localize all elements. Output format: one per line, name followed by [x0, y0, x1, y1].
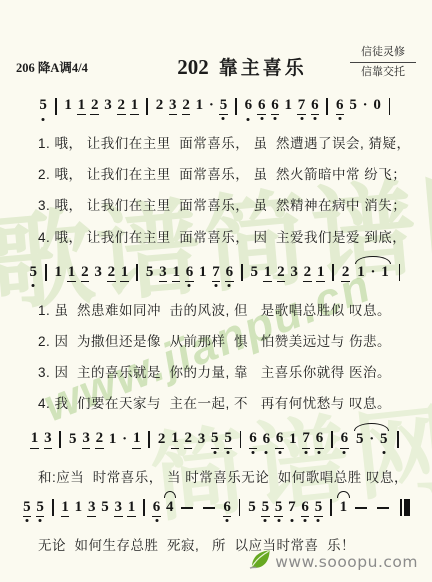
- jianpu-note: 1: [74, 499, 83, 516]
- jianpu-note: 3: [94, 264, 103, 281]
- jianpu-note: 5: [101, 499, 110, 516]
- jianpu-note: 6: [223, 499, 232, 517]
- jianpu-note: 1: [199, 264, 208, 281]
- jianpu-note: 2: [107, 264, 116, 282]
- jianpu-note: 5: [355, 431, 364, 448]
- jianpu-note: 1: [171, 430, 180, 448]
- jianpu-note: 5: [380, 431, 389, 448]
- jianpu-note: 3: [197, 431, 206, 448]
- jianpu-note: 6: [262, 431, 271, 448]
- jianpu-note: 1: [339, 499, 348, 516]
- category-labels: 信徒灵修 信靠交托: [350, 44, 416, 80]
- jianpu-note: 1: [108, 431, 117, 448]
- jianpu-music-line-4: 551135316465557651: [16, 496, 416, 520]
- note-group: 5·5: [353, 431, 390, 448]
- verse-4-line: 4. 哦， 让我们在主里 面常喜乐， 因 主爱我们是爱 到底，: [16, 230, 416, 246]
- jianpu-note: 6: [336, 97, 345, 115]
- verse-3-continuation: 3. 因 主的喜乐就是 你的力量, 靠 主喜乐你就得 医治。: [16, 365, 416, 381]
- jianpu-note: 5: [314, 499, 323, 517]
- barline: [136, 264, 138, 281]
- category-bottom: 信靠交托: [350, 63, 416, 81]
- barline: [45, 264, 47, 281]
- final-barline: [400, 499, 410, 516]
- jianpu-note: 2: [155, 97, 164, 114]
- verse-2-line: 2. 哦， 让我们在主里 面常喜乐， 虽 然火箭暗中常 纷飞；: [16, 167, 416, 183]
- key-time-signature: 降A调4/4: [38, 61, 88, 75]
- jianpu-note: 1: [127, 499, 136, 517]
- jianpu-note: 2: [157, 431, 166, 448]
- jianpu-note: 7: [302, 430, 311, 448]
- jianpu-note: 1: [54, 264, 63, 281]
- jianpu-note: 1: [357, 264, 366, 281]
- jianpu-note: 6: [244, 97, 253, 114]
- jianpu-note: 3: [44, 430, 53, 448]
- barline: [59, 431, 61, 448]
- jianpu-note: 6: [185, 264, 194, 282]
- jianpu-note: 1: [61, 499, 70, 517]
- jianpu-note: ·: [122, 431, 128, 448]
- jianpu-note: 5: [250, 264, 259, 281]
- jianpu-note: 1: [284, 97, 293, 114]
- barline: [235, 98, 237, 115]
- jianpu-note: 2: [341, 264, 350, 282]
- verse-1-line: 1. 哦， 让我们在主里 面常喜乐， 虽 然遭遇了误会, 猜疑，: [16, 136, 416, 152]
- jianpu-note: 6: [225, 264, 234, 282]
- jianpu-note: 0: [373, 97, 382, 114]
- publisher-url: www.sooopu.com: [275, 553, 418, 571]
- barline: [399, 264, 401, 281]
- barline: [326, 98, 328, 115]
- barline: [332, 264, 334, 281]
- barline: [330, 499, 332, 516]
- jianpu-note: 5: [23, 499, 32, 517]
- jianpu-note: 1: [132, 430, 141, 448]
- jianpu-note: 6: [275, 430, 284, 448]
- jianpu-music-line-3: 135321·121235566617665·5: [16, 428, 416, 452]
- jianpu-note: 6: [311, 97, 320, 115]
- song-title-text: 靠主喜乐: [219, 58, 307, 79]
- leaf-icon: [249, 549, 271, 574]
- held-beat-dash: [355, 507, 367, 509]
- jianpu-note: ·: [369, 431, 375, 448]
- barline: [55, 98, 57, 115]
- jianpu-note: ·: [362, 97, 368, 114]
- jianpu-note: 6: [249, 430, 258, 448]
- jianpu-note: 7: [297, 97, 306, 115]
- held-beat-dash: [203, 507, 215, 509]
- verse-block-1: 1. 哦， 让我们在主里 面常喜乐， 虽 然遭遇了误会, 猜疑， 2. 哦， 让…: [16, 136, 416, 246]
- jianpu-note: 1: [263, 264, 272, 282]
- jianpu-note: 6: [152, 499, 161, 517]
- jianpu-note: 5: [224, 430, 233, 448]
- barline: [241, 264, 243, 281]
- sheet-music-page: 歌谱简谱网 www.jianpu.cn 简谱网 206 降A调4/4 202靠主…: [0, 0, 432, 582]
- jianpu-note: 5: [261, 499, 270, 517]
- jianpu-music-line-2: 5112321531617651232121·1: [16, 261, 416, 285]
- jianpu-note: 5: [29, 264, 38, 281]
- jianpu-note: 6: [301, 499, 310, 517]
- jianpu-note: 1: [130, 97, 139, 115]
- jianpu-note: 5: [39, 97, 48, 114]
- jianpu-note: 5: [219, 97, 228, 115]
- jianpu-note: 2: [90, 97, 99, 115]
- song-number: 202: [177, 55, 209, 79]
- jianpu-note: 3: [87, 499, 96, 517]
- barline: [397, 431, 399, 448]
- barline: [52, 499, 54, 516]
- verse-4-continuation: 4. 我 们要在天家与 主在一起, 不 再有何忧愁与 叹息。: [16, 396, 416, 412]
- jianpu-note: 4: [166, 499, 175, 516]
- page-number: 206: [16, 61, 35, 75]
- jianpu-note: 1: [381, 264, 390, 281]
- barline: [239, 499, 241, 516]
- jianpu-note: 1: [64, 97, 73, 114]
- chorus-line: 和:应当 时常喜乐， 当 时常喜乐无论 如何歌唱总胜 叹息，: [16, 470, 416, 486]
- note-group: 1·1: [354, 264, 391, 281]
- song-title: 202靠主喜乐: [134, 53, 350, 80]
- barline: [331, 431, 333, 448]
- jianpu-note: 1: [172, 264, 181, 282]
- jianpu-note: 2: [277, 264, 286, 282]
- jianpu-note: 2: [182, 97, 191, 115]
- jianpu-note: 2: [303, 264, 312, 282]
- jianpu-note: 6: [315, 430, 324, 448]
- jianpu-note: 1: [120, 264, 129, 282]
- jianpu-note: ·: [370, 264, 376, 281]
- jianpu-music-line-1: 51123212321·566617665·0: [16, 94, 416, 118]
- jianpu-note: 3: [159, 264, 168, 282]
- jianpu-note: 2: [81, 264, 90, 282]
- jianpu-note: 1: [67, 264, 76, 282]
- jianpu-note: 2: [184, 430, 193, 448]
- category-top: 信徒灵修: [350, 44, 416, 63]
- jianpu-note: 2: [117, 97, 126, 115]
- publisher-footer: www.sooopu.com: [249, 549, 418, 574]
- jianpu-note: 5: [211, 430, 220, 448]
- verse-block-2: 1. 虽 然患难如同冲 击的风波, 但 是歌唱总胜似 叹息。 2. 因 为撒但还…: [16, 303, 416, 413]
- jianpu-note: 1: [30, 430, 39, 448]
- jianpu-note: 5: [145, 264, 154, 281]
- page-and-key: 206 降A调4/4: [16, 58, 134, 80]
- barline: [389, 98, 391, 115]
- jianpu-note: 6: [340, 430, 349, 448]
- jianpu-note: 5: [69, 431, 78, 448]
- held-beat-dash: [181, 507, 193, 509]
- jianpu-note: 3: [290, 264, 299, 281]
- jianpu-note: ·: [208, 97, 214, 114]
- jianpu-note: 5: [274, 499, 283, 517]
- jianpu-note: 5: [349, 97, 358, 114]
- jianpu-note: 1: [195, 97, 204, 114]
- held-beat-dash: [377, 507, 389, 509]
- jianpu-note: 2: [95, 430, 104, 448]
- jianpu-note: 1: [77, 97, 86, 115]
- jianpu-note: 1: [316, 264, 325, 282]
- jianpu-note: 1: [289, 431, 298, 448]
- jianpu-note: 6: [257, 97, 266, 115]
- song-header: 206 降A调4/4 202靠主喜乐 信徒灵修 信靠交托: [16, 44, 416, 80]
- barline: [146, 98, 148, 115]
- barline: [148, 431, 150, 448]
- barline: [143, 499, 145, 516]
- jianpu-note: 7: [288, 499, 297, 516]
- jianpu-note: 5: [248, 499, 257, 516]
- jianpu-note: 3: [114, 499, 123, 517]
- verse-1-continuation: 1. 虽 然患难如同冲 击的风波, 但 是歌唱总胜似 叹息。: [16, 303, 416, 319]
- jianpu-note: 3: [104, 97, 113, 114]
- jianpu-note: 3: [82, 430, 91, 448]
- jianpu-note: 3: [169, 97, 178, 115]
- jianpu-note: 5: [36, 499, 45, 517]
- barline: [240, 431, 242, 448]
- jianpu-note: 6: [271, 97, 280, 115]
- jianpu-note: 7: [212, 264, 221, 282]
- verse-3-line: 3. 哦， 让我们在主里 面常喜乐， 虽 然精神在病中 消失；: [16, 198, 416, 214]
- verse-2-continuation: 2. 因 为撒但还是像 从前那样 惧 怕赞美远过与 伤悲。: [16, 334, 416, 350]
